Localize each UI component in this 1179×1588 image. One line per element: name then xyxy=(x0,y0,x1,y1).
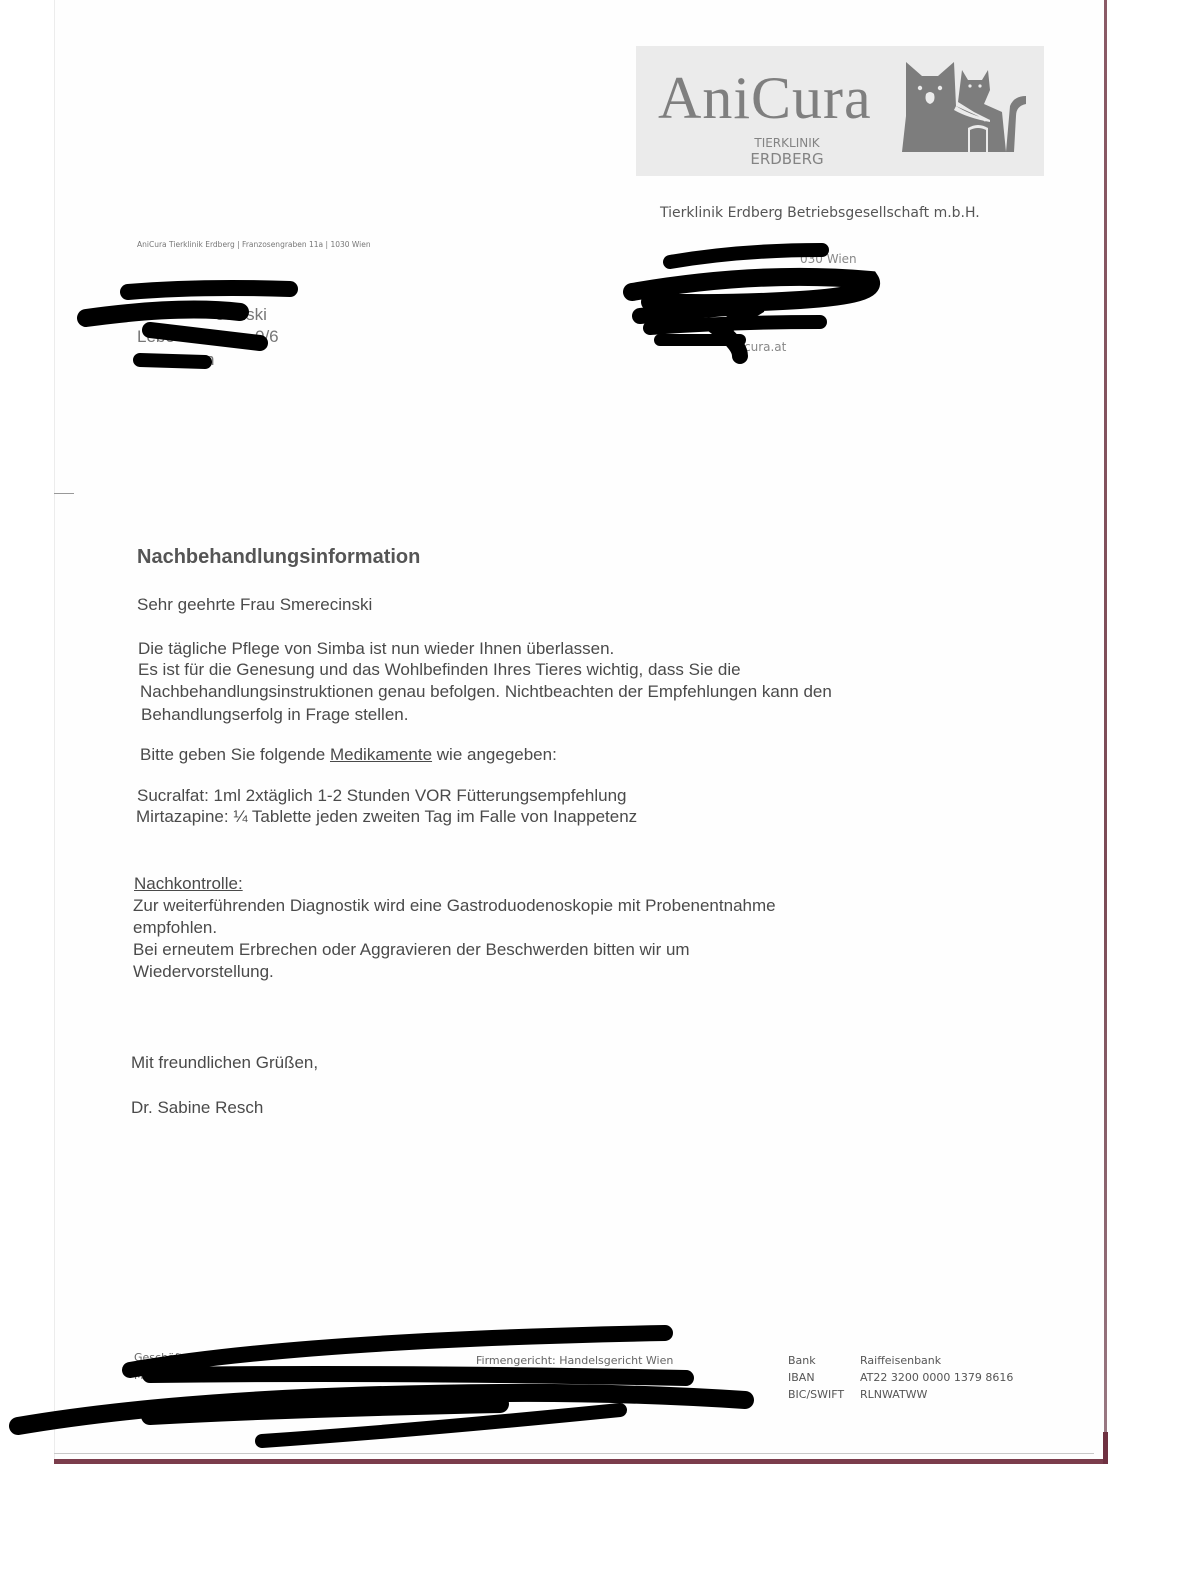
signature: Dr. Sabine Resch xyxy=(131,1098,263,1118)
document-title: Nachbehandlungsinformation xyxy=(137,546,420,569)
intro-line: Nachbehandlungsinstruktionen genau befol… xyxy=(140,682,832,702)
followup-line: Wiedervorstellung. xyxy=(133,962,274,982)
medication-intro-text: Bitte geben Sie folgende xyxy=(140,745,330,764)
bic-value: RLNWATWW xyxy=(860,1388,927,1401)
closing: Mit freundlichen Grüßen, xyxy=(131,1053,318,1073)
dog-and-cat-logo-icon xyxy=(898,56,1028,156)
intro-line: Behandlungserfolg in Frage stellen. xyxy=(141,705,408,725)
bank-value: Raiffeisenbank xyxy=(860,1354,941,1367)
bank-label: Bank xyxy=(788,1354,816,1367)
intro-line: Die tägliche Pflege von Simba ist nun wi… xyxy=(138,639,614,659)
company-name: Tierklinik Erdberg Betriebsgesellschaft … xyxy=(660,205,980,221)
fold-mark xyxy=(54,493,74,494)
medication-intro-text: wie angegeben: xyxy=(432,745,557,764)
recipient-city: n xyxy=(205,350,214,370)
clinic-logo: AniCura TIERKLINIK ERDBERG xyxy=(636,46,1044,176)
clinic-email: cura.at xyxy=(744,340,786,354)
logo-subtitle: ERDBERG xyxy=(732,150,842,168)
page-edge xyxy=(1103,1432,1108,1464)
page-edge xyxy=(54,1459,1107,1464)
medication-intro-underlined: Medikamente xyxy=(330,745,432,764)
medication-item: Sucralfat: 1ml 2xtäglich 1-2 Stunden VOR… xyxy=(137,786,627,806)
iban-label: IBAN xyxy=(788,1371,815,1384)
followup-line: empfohlen. xyxy=(133,918,217,938)
page-edge xyxy=(1104,0,1107,1464)
sender-address-line: AniCura Tierklinik Erdberg | Franzosengr… xyxy=(137,240,371,249)
logo-subtitle: TIERKLINIK xyxy=(732,136,842,150)
logo-name: AniCura xyxy=(658,64,872,133)
recipient-street: Lebe xyxy=(137,327,175,347)
followup-heading: Nachkontrolle: xyxy=(134,874,243,894)
medication-intro: Bitte geben Sie folgende Medikamente wie… xyxy=(140,745,557,765)
recipient-name: ecinski xyxy=(215,305,267,325)
followup-line: Bei erneutem Erbrechen oder Aggravieren … xyxy=(133,940,690,960)
recipient-street-number: 0/6 xyxy=(255,327,279,347)
company-court: Firmengericht: Handelsgericht Wien xyxy=(476,1354,673,1367)
clinic-fax-label: Fax xyxy=(668,298,688,312)
greeting: Sehr geehrte Frau Smerecinski xyxy=(137,595,372,615)
iban-value: AT22 3200 0000 1379 8616 xyxy=(860,1371,1013,1384)
followup-line: Zur weiterführenden Diagnostik wird eine… xyxy=(133,896,776,916)
page-edge xyxy=(54,1453,1094,1454)
bic-label: BIC/SWIFT xyxy=(788,1388,844,1401)
intro-line: Es ist für die Genesung und das Wohlbefi… xyxy=(138,660,741,680)
management-name: Mag. Stefan Keide xyxy=(134,1369,234,1382)
management-label: Geschäftsführer xyxy=(134,1351,222,1364)
clinic-address: 030 Wien xyxy=(800,252,857,266)
medication-item: Mirtazapine: ¼ Tablette jeden zweiten Ta… xyxy=(136,807,637,827)
